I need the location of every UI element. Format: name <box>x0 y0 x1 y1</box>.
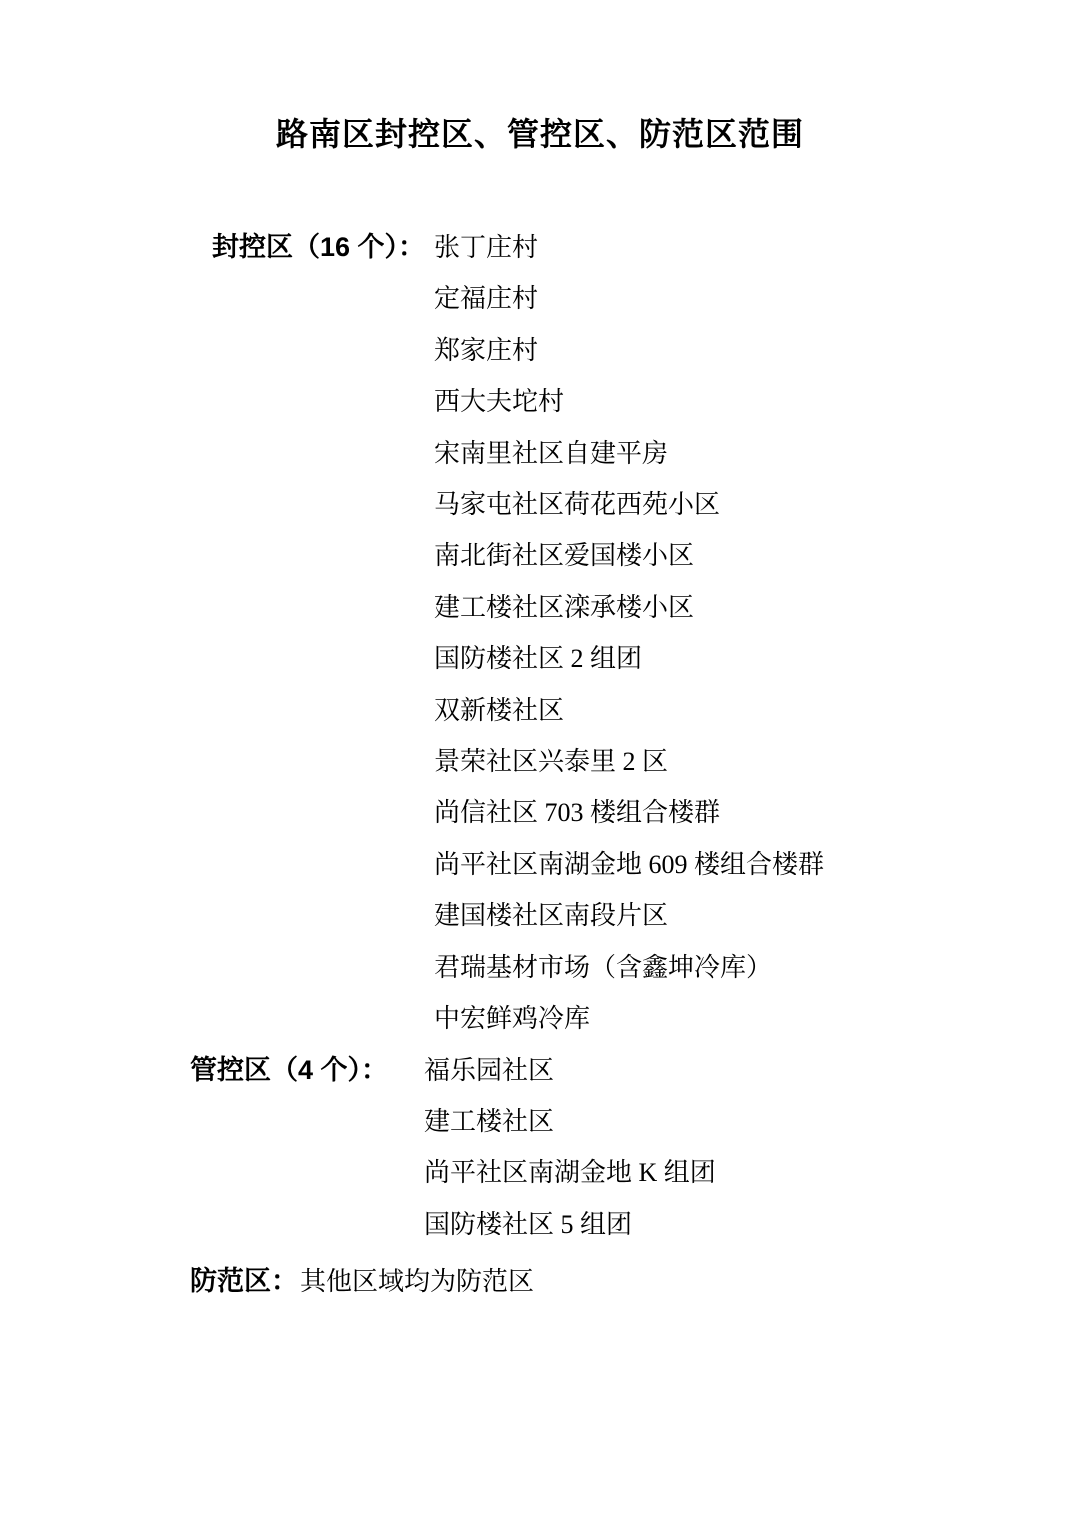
zone-item: 张丁庄村 <box>434 222 1080 273</box>
zone-item: 中宏鲜鸡冷库 <box>434 993 1080 1044</box>
zone-item: 双新楼社区 <box>434 685 1080 736</box>
zone-item: 尚信社区 703 楼组合楼群 <box>434 787 1080 838</box>
zone-item: 马家屯社区荷花西苑小区 <box>434 479 1080 530</box>
zone-item: 国防楼社区 5 组团 <box>424 1199 1080 1250</box>
section-label-guankong: 管控区（4 个）： <box>190 1045 388 1096</box>
section-label-fangfan: 防范区： <box>190 1256 298 1307</box>
zone-item: 其他区域均为防范区 <box>300 1256 1080 1307</box>
zone-item: 国防楼社区 2 组团 <box>434 633 1080 684</box>
zone-item: 郑家庄村 <box>434 325 1080 376</box>
zone-item: 定福庄村 <box>434 273 1080 324</box>
section-guankong-zones: 管控区（4 个）： 福乐园社区 建工楼社区 尚平社区南湖金地 K 组团 国防楼社… <box>0 1045 1080 1251</box>
document-body: 封控区（16 个）： 张丁庄村 定福庄村 郑家庄村 西大夫坨村 宋南里社区自建平… <box>0 222 1080 1308</box>
zone-item: 宋南里社区自建平房 <box>434 428 1080 479</box>
zone-item: 建工楼社区滦承楼小区 <box>434 582 1080 633</box>
document-page: 路南区封控区、管控区、防范区范围 封控区（16 个）： 张丁庄村 定福庄村 郑家… <box>0 0 1080 1527</box>
page-title: 路南区封控区、管控区、防范区范围 <box>0 0 1080 150</box>
zone-item: 西大夫坨村 <box>434 376 1080 427</box>
zone-item: 君瑞基材市场（含鑫坤冷库） <box>434 942 1080 993</box>
zone-item: 南北街社区爱国楼小区 <box>434 530 1080 581</box>
section-fengkong-zones: 封控区（16 个）： 张丁庄村 定福庄村 郑家庄村 西大夫坨村 宋南里社区自建平… <box>0 222 1080 1045</box>
section-label-fengkong: 封控区（16 个）： <box>212 222 425 273</box>
guankong-zone-list: 福乐园社区 建工楼社区 尚平社区南湖金地 K 组团 国防楼社区 5 组团 <box>424 1045 1080 1251</box>
zone-item: 尚平社区南湖金地 609 楼组合楼群 <box>434 839 1080 890</box>
zone-item: 福乐园社区 <box>424 1045 1080 1096</box>
zone-item: 建国楼社区南段片区 <box>434 890 1080 941</box>
zone-item: 建工楼社区 <box>424 1096 1080 1147</box>
zone-item: 尚平社区南湖金地 K 组团 <box>424 1147 1080 1198</box>
fengkong-zone-list: 张丁庄村 定福庄村 郑家庄村 西大夫坨村 宋南里社区自建平房 马家屯社区荷花西苑… <box>434 222 1080 1045</box>
zone-item: 景荣社区兴泰里 2 区 <box>434 736 1080 787</box>
fangfan-zone-list: 其他区域均为防范区 <box>300 1256 1080 1307</box>
section-fangfan-zones: 防范区： 其他区域均为防范区 <box>0 1256 1080 1307</box>
